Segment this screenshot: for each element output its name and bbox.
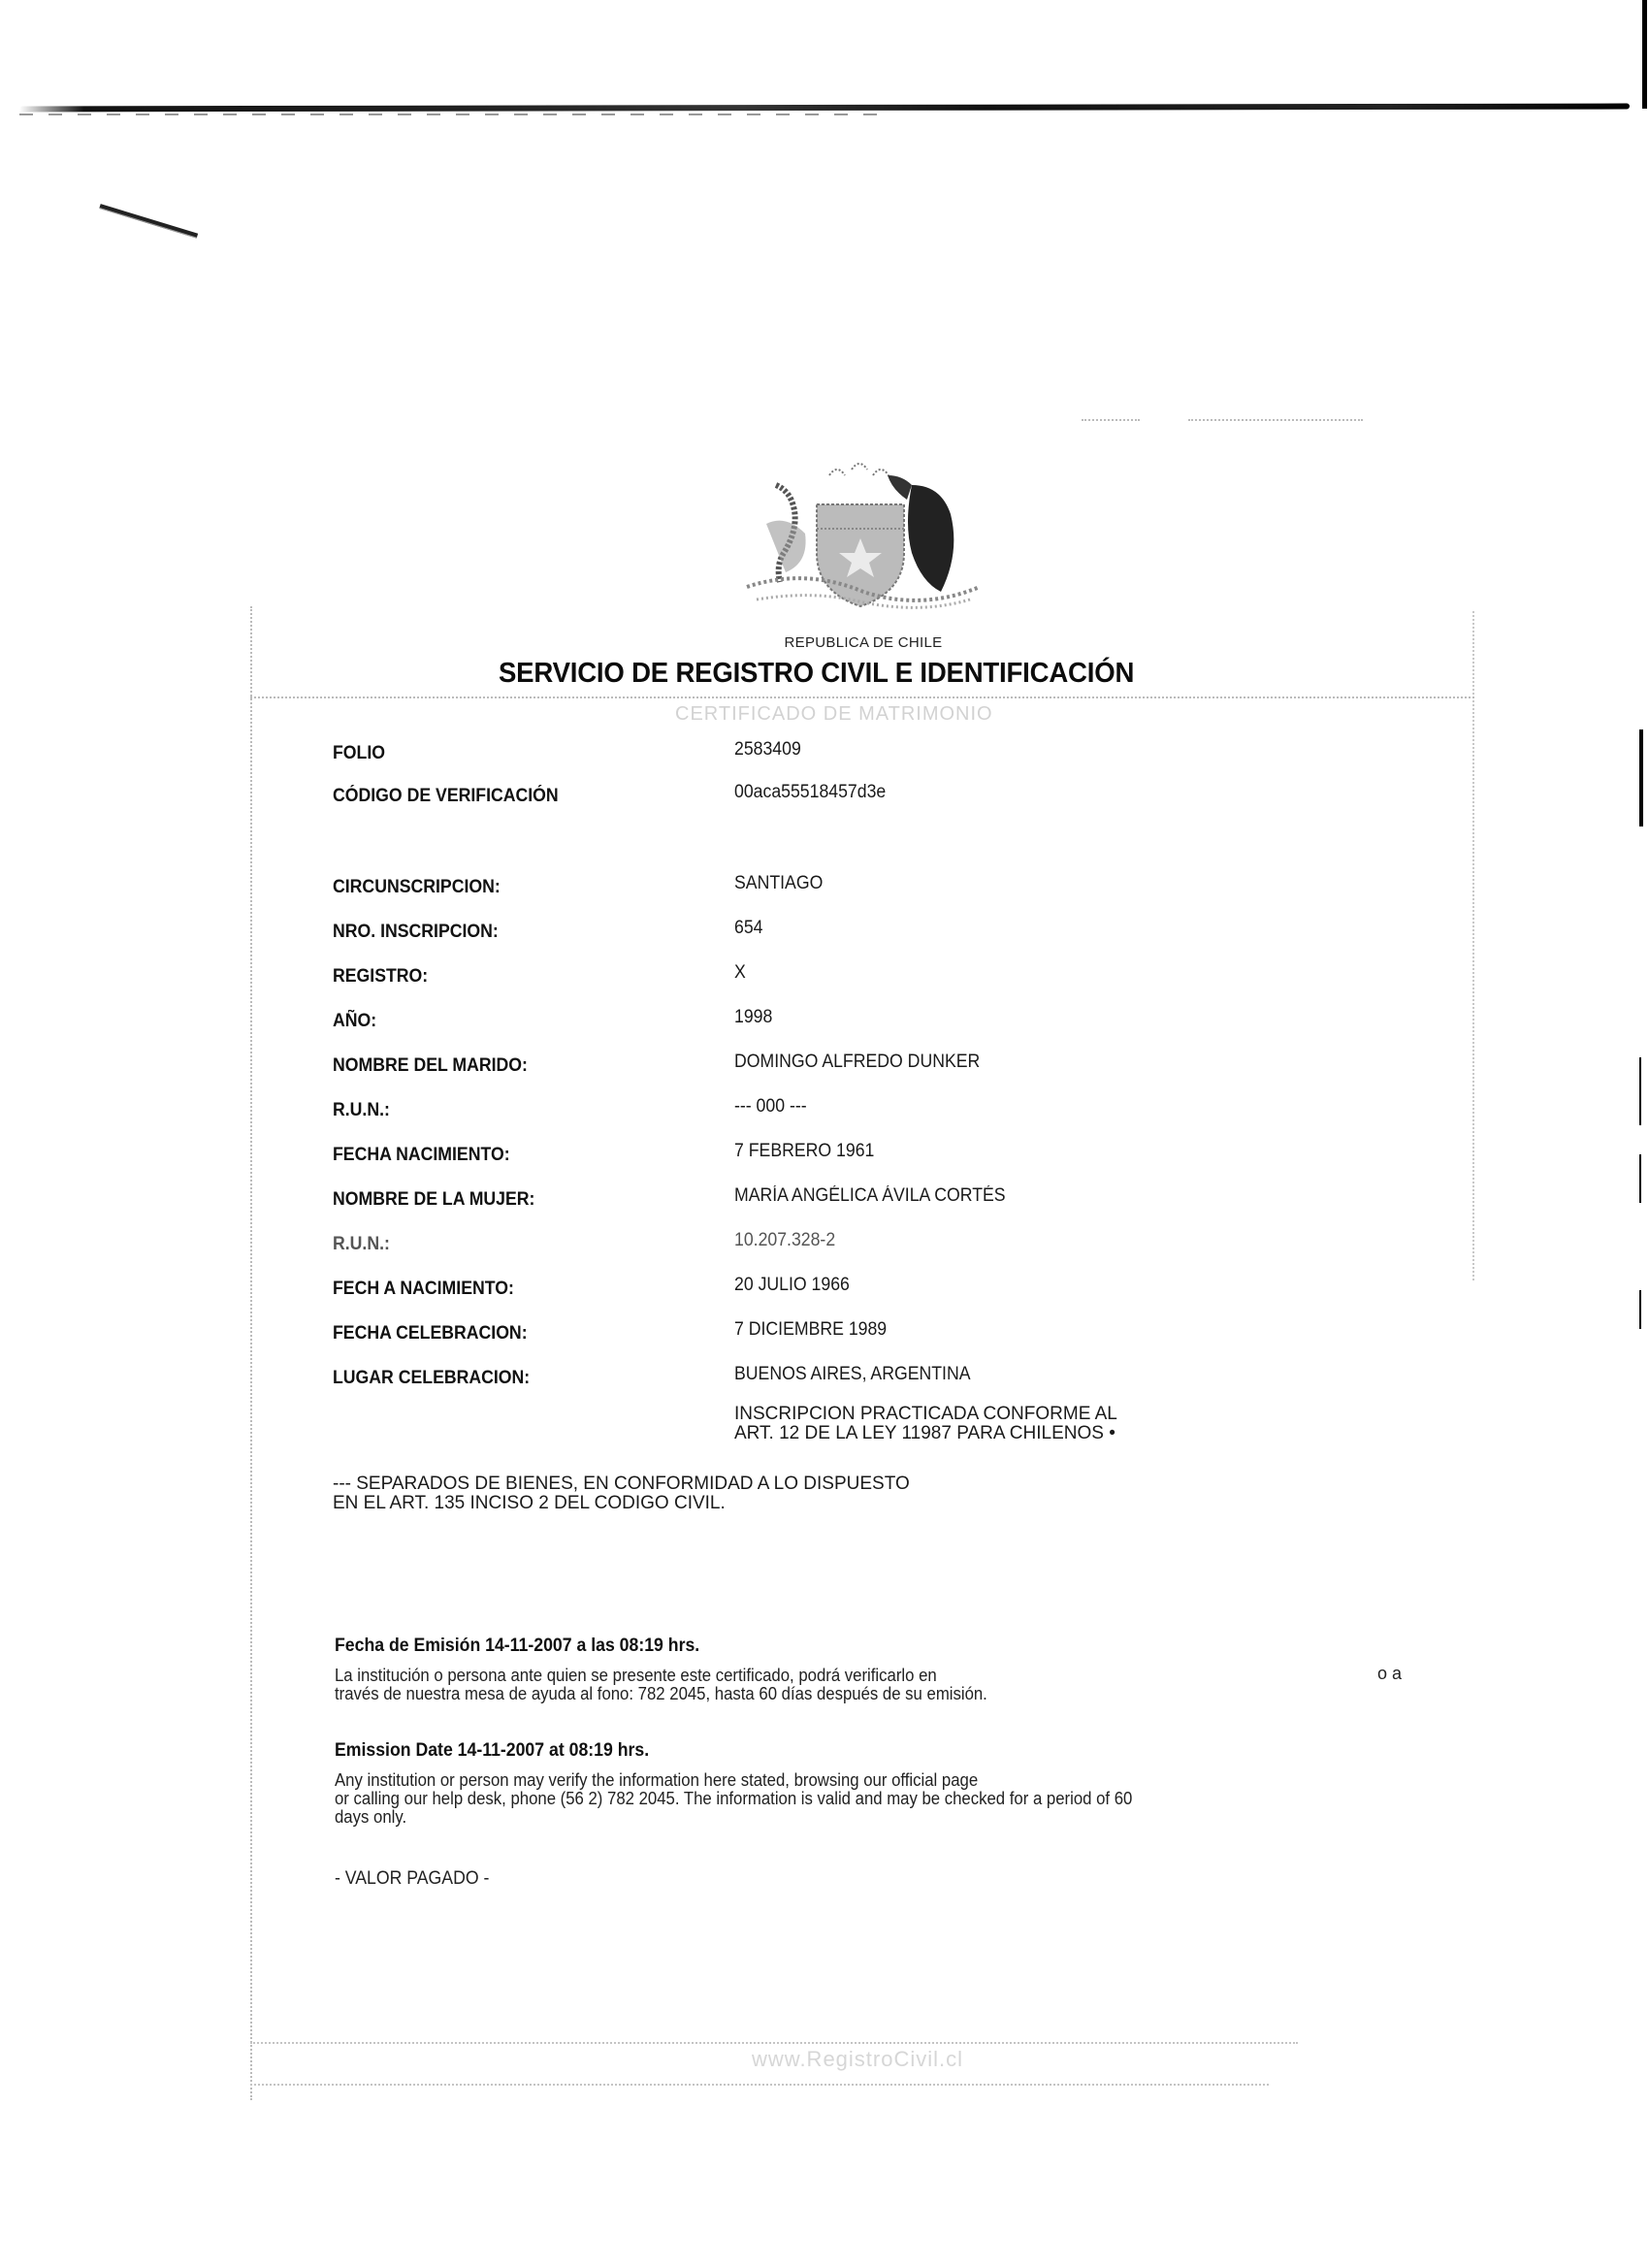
circunscripcion-label: CIRCUNSCRIPCION: (333, 877, 501, 898)
payment-status: - VALOR PAGADO - (335, 1868, 489, 1890)
wife-run-value: 10.207.328-2 (734, 1230, 835, 1251)
emission-date-es: Fecha de Emisión 14-11-2007 a las 08:19 … (335, 1636, 699, 1657)
verification-text-es-line1: La institución o persona ante quien se p… (335, 1667, 937, 1685)
frame-border-bottom (250, 2084, 1269, 2086)
verification-code-label: CÓDIGO DE VERIFICACIÓN (333, 786, 559, 807)
celebration-place-value: BUENOS AIRES, ARGENTINA (734, 1364, 971, 1385)
wife-birthdate-value: 20 JULIO 1966 (734, 1275, 850, 1296)
wife-birthdate-label: FECH A NACIMIENTO: (333, 1279, 514, 1300)
scan-specks (1082, 419, 1140, 421)
scan-specks (1188, 419, 1363, 421)
chile-coat-of-arms-icon (737, 456, 989, 611)
wife-name-value: MARÍA ANGÉLICA ÁVILA CORTÉS (734, 1185, 1006, 1207)
scan-right-mark (1639, 1057, 1641, 1125)
verification-text-en-line3: days only. (335, 1808, 406, 1827)
scan-right-mark (1639, 729, 1643, 826)
verification-text-es-line1-end: o a (1377, 1664, 1402, 1684)
country-label: REPUBLICA DE CHILE (0, 634, 1649, 651)
frame-border-top (250, 697, 1474, 698)
institution-title: SERVICIO DE REGISTRO CIVIL E IDENTIFICAC… (499, 658, 1134, 690)
scan-right-edge (1642, 0, 1647, 109)
registry-website-link[interactable]: www.RegistroCivil.cl (752, 2047, 963, 2072)
folio-value: 2583409 (734, 739, 801, 761)
frame-border-left (250, 606, 252, 2100)
scan-edge-line (19, 104, 1630, 113)
document-type-watermark: CERTIFICADO DE MATRIMONIO (675, 703, 993, 726)
celebration-date-label: FECHA CELEBRACION: (333, 1323, 528, 1345)
celebration-date-value: 7 DICIEMBRE 1989 (734, 1319, 887, 1341)
inscription-note: INSCRIPCION PRACTICADA CONFORME AL ART. … (734, 1405, 1117, 1443)
verification-code-value: 00aca55518457d3e (734, 782, 886, 803)
husband-run-label: R.U.N.: (333, 1100, 390, 1121)
circunscripcion-value: SANTIAGO (734, 873, 823, 894)
wife-name-label: NOMBRE DE LA MUJER: (333, 1189, 534, 1211)
nro-inscripcion-label: NRO. INSCRIPCION: (333, 922, 499, 943)
emission-date-en: Emission Date 14-11-2007 at 08:19 hrs. (335, 1740, 649, 1762)
registro-label: REGISTRO: (333, 966, 428, 988)
verification-text-en-line2: or calling our help desk, phone (56 2) 7… (335, 1790, 1132, 1808)
wife-run-label: R.U.N.: (333, 1234, 390, 1255)
verification-text-es-line2: través de nuestra mesa de ayuda al fono:… (335, 1685, 987, 1703)
husband-name-label: NOMBRE DEL MARIDO: (333, 1055, 528, 1077)
folio-label: FOLIO (333, 743, 385, 764)
verification-text-en-line1: Any institution or person may verify the… (335, 1771, 978, 1790)
nro-inscripcion-value: 654 (734, 918, 762, 939)
scan-pen-stroke (99, 204, 198, 238)
celebration-place-label: LUGAR CELEBRACION: (333, 1368, 530, 1389)
husband-birthdate-value: 7 FEBRERO 1961 (734, 1141, 874, 1162)
registro-value: X (734, 962, 746, 984)
husband-run-value: --- 000 --- (734, 1096, 807, 1118)
ano-label: AÑO: (333, 1011, 376, 1032)
scan-right-mark (1639, 1290, 1641, 1329)
husband-name-value: DOMINGO ALFREDO DUNKER (734, 1052, 980, 1073)
frame-border-right (1472, 611, 1474, 1280)
separation-of-property-note: --- SEPARADOS DE BIENES, EN CONFORMIDAD … (333, 1474, 910, 1513)
frame-border-bottom (250, 2042, 1298, 2044)
scan-edge-line-secondary (19, 113, 892, 115)
scan-right-mark (1639, 1154, 1641, 1203)
husband-birthdate-label: FECHA NACIMIENTO: (333, 1145, 510, 1166)
ano-value: 1998 (734, 1007, 772, 1028)
